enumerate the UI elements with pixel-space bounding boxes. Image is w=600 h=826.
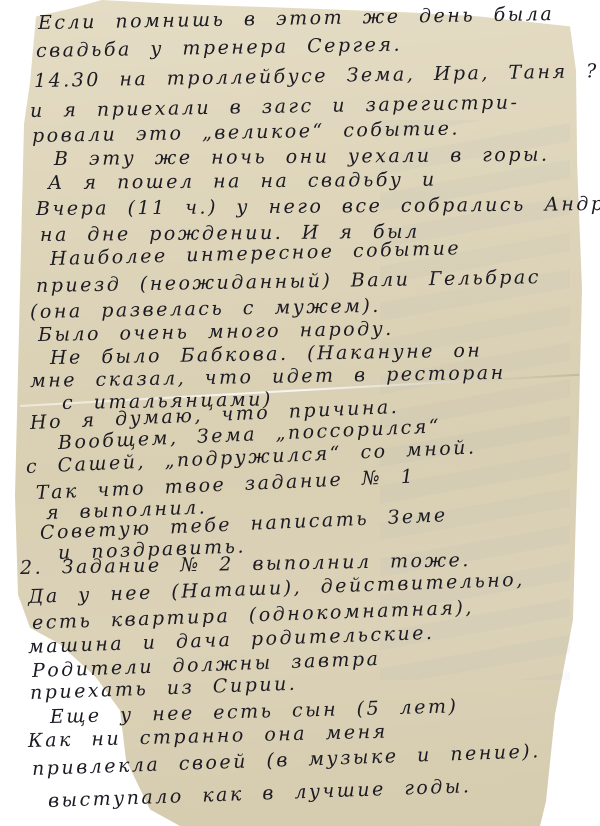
letter-line: приезд (неожиданный) Вали Гельбрас [36, 266, 541, 297]
letter-line: Если помнишь в этот же день была [38, 3, 555, 34]
letter-line: 14.30 на троллейбусе Зема, Ира, Таня ? [34, 60, 599, 92]
letter-line: В эту же ночь они уехали в горы. [54, 144, 550, 170]
letter-line: Вчера (11 ч.) у него все собрались Андре… [36, 193, 600, 220]
letter-line: ровали это „великое“ событие. [32, 118, 460, 147]
handwritten-text: Если помнишь в этот же день была свадьба… [0, 0, 600, 826]
letter-page: Если помнишь в этот же день была свадьба… [0, 0, 600, 826]
letter-line: выступало как в лучшие годы. [48, 775, 472, 812]
letter-line: свадьба у тренера Сергея. [36, 34, 402, 62]
letter-line: А я пошел на на свадьбу и [48, 169, 437, 194]
